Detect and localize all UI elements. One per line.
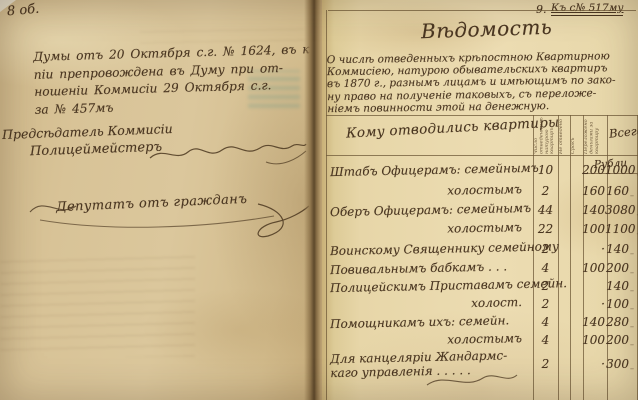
table-row: Оберъ Офицерамъ: семейнымъ441403080 (322, 203, 638, 221)
row-rate: · (581, 297, 605, 311)
row-count: 4 (533, 315, 558, 329)
row-count: 2 (533, 297, 558, 311)
right-page: 9. Къ с№ 517му Вѣдомость О числѣ отведен… (322, 0, 638, 400)
row-label: холостымъ (330, 182, 530, 200)
doc-ref-annotation: Къ с№ 517му (551, 2, 623, 16)
row-rate: · (581, 357, 605, 371)
row-label: холостымъ (330, 220, 530, 238)
row-total: 1000 (605, 163, 634, 179)
row-total: 140 (605, 242, 634, 258)
table-rule (328, 10, 636, 11)
row-total: 1100 (605, 222, 634, 238)
row-total: 300 (605, 357, 634, 373)
table-row: Штабъ Офицерамъ: семейнымъ102001000 (322, 163, 638, 181)
chairman-signature (148, 136, 308, 170)
row-rate: 100 (581, 222, 605, 236)
row-count: 44 (533, 203, 558, 217)
row-rate: 100 (581, 333, 605, 347)
row-label-line2: каго управленія . . . . . (330, 363, 471, 380)
row-count: 4 (533, 333, 558, 347)
table-row: Воинскому Священнику семейному2·140 (322, 242, 638, 260)
row-label: Воинскому Священнику семейному (330, 240, 530, 258)
table-header-vertical: Срокъ (571, 113, 582, 154)
deputy-label: Депутатъ отъ гражданъ (56, 192, 248, 215)
row-count: 22 (533, 222, 558, 236)
row-total: 3080 (605, 203, 634, 219)
row-count: 2 (533, 279, 558, 293)
table-header-vertical: Не отведено (559, 113, 569, 154)
chairman-title: Полицеймейстеръ (30, 140, 163, 160)
row-label: Для канцеляріи Жандармс-каго управленія … (330, 348, 530, 366)
subtitle-paragraph: О числѣ отведенныхъ крѣпостною Квартирно… (327, 50, 638, 115)
row-rate: 140 (581, 315, 605, 329)
row-rate: 140 (581, 203, 605, 217)
row-label: холост. (330, 295, 530, 313)
table-row: Повивальнымъ бабкамъ . . .4100200 (322, 261, 638, 279)
table-row: холост.2·100 (322, 297, 638, 315)
row-label: Штабъ Офицерамъ: семейнымъ (330, 161, 530, 179)
row-rate: 160 (581, 184, 605, 198)
table-row: холостымъ2160160 (322, 184, 638, 202)
table-rule (326, 155, 638, 156)
row-count: 4 (533, 261, 558, 275)
left-page: 8 об. Думы отъ 20 Октября с.г. № 1624, в… (0, 0, 314, 400)
row-label: Оберъ Офицерамъ: семейнымъ (330, 201, 530, 219)
row-count: 10 (533, 163, 558, 177)
table-header-rate-vertical: Переложено деньгами за квартиру (584, 113, 606, 154)
table-header-total: Всего (608, 123, 638, 141)
row-label: Помощникамъ ихъ: семейн. (330, 313, 530, 331)
table-header-recipient: Кому отводились квартиры (346, 114, 560, 141)
row-total: 140 (605, 279, 634, 295)
row-total: 200 (605, 261, 634, 277)
row-total: 160 (605, 184, 634, 200)
memo-paragraph: Думы отъ 20 Октября с.г. № 1624, въ ко- … (33, 41, 313, 119)
table-row: холостымъ221001100 (322, 222, 638, 240)
row-rate: · (581, 242, 605, 256)
table-header-count-vertical: Число отведенныхъ натурою квартиръ (534, 113, 557, 154)
chairman-label: Предсѣдатель Коммисіи (2, 121, 173, 142)
row-total: 200 (605, 333, 634, 349)
row-total: 100 (605, 297, 634, 313)
table-row: Помощникамъ ихъ: семейн.4140280 (322, 315, 638, 333)
row-count: 2 (533, 357, 558, 371)
row-label: Повивальнымъ бабкамъ . . . (330, 259, 530, 277)
page-title: Вѣдомость (421, 15, 553, 44)
row-label: холостымъ (330, 331, 530, 349)
bleed-through-text (0, 252, 195, 357)
row-count: 2 (533, 242, 558, 256)
row-total: 280 (605, 315, 634, 331)
table-row: Полицейскимъ Приставамъ семейн.2140 (322, 279, 638, 297)
table-row: Для канцеляріи Жандармс-каго управленія … (322, 350, 638, 368)
row-rate: 100 (581, 261, 605, 275)
page-number-note: 8 об. (6, 2, 39, 20)
row-rate: 200 (581, 163, 605, 177)
row-label: Полицейскимъ Приставамъ семейн. (330, 277, 530, 295)
row-count: 2 (533, 184, 558, 198)
table-rule (326, 115, 638, 116)
